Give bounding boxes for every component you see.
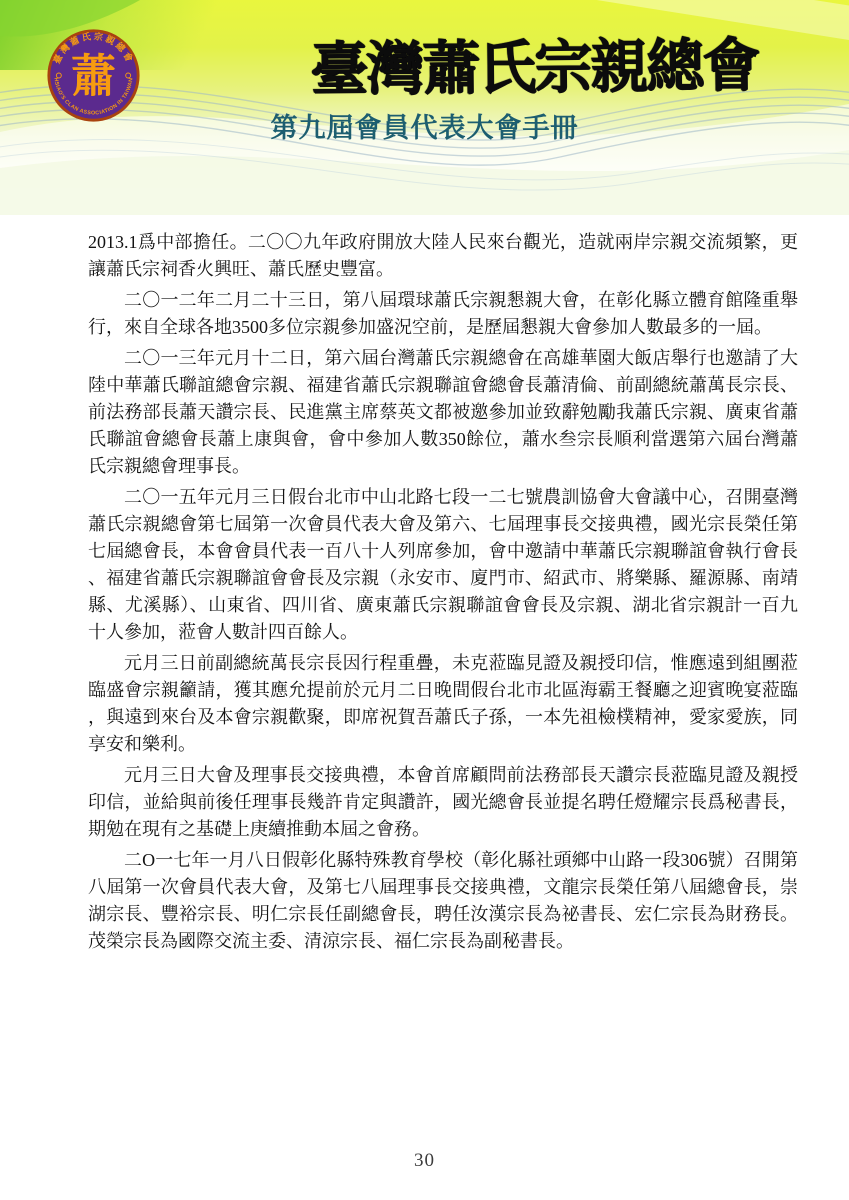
page-title-calligraphy: 臺灣蕭氏宗親總會 — [309, 15, 790, 120]
paragraph-6: 元月三日大會及理事長交接典禮，本會首席顧問前法務部長天讚宗長蒞臨見證及親授印信，… — [88, 762, 798, 843]
document-body: 2013.1爲中部擔任。二〇〇九年政府開放大陸人民來台觀光，造就兩岸宗親交流頻繁… — [88, 229, 798, 959]
paragraph-5: 元月三日前副總統萬長宗長因行程重疊，未克蒞臨見證及親授印信，惟應遠到組團蒞臨盛會… — [88, 650, 798, 758]
handbook-subtitle: 第九屆會員代表大會手冊 — [0, 106, 849, 145]
page-number: 30 — [0, 1150, 849, 1172]
paragraph-3: 二〇一三年元月十二日，第六屆台灣蕭氏宗親總會在高雄華園大飯店舉行也邀請了大陸中華… — [88, 345, 798, 480]
header-banner: 臺灣蕭氏宗親總會 HSIAO'S CLAN ASSOCIATION IN TAI… — [0, 0, 849, 215]
paragraph-1: 2013.1爲中部擔任。二〇〇九年政府開放大陸人民來台觀光，造就兩岸宗親交流頻繁… — [88, 229, 798, 283]
paragraph-4: 二〇一五年元月三日假台北市中山北路七段一二七號農訓協會大會議中心，召開臺灣蕭氏宗… — [88, 484, 798, 646]
paragraph-7: 二O一七年一月八日假彰化縣特殊教育學校（彰化縣社頭鄉中山路一段306號）召開第八… — [88, 847, 798, 955]
paragraph-2: 二〇一二年二月二十三日，第八屆環球蕭氏宗親懇親大會，在彰化縣立體育館隆重舉行，來… — [88, 287, 798, 341]
seal-center-character: 蕭 — [71, 52, 116, 102]
